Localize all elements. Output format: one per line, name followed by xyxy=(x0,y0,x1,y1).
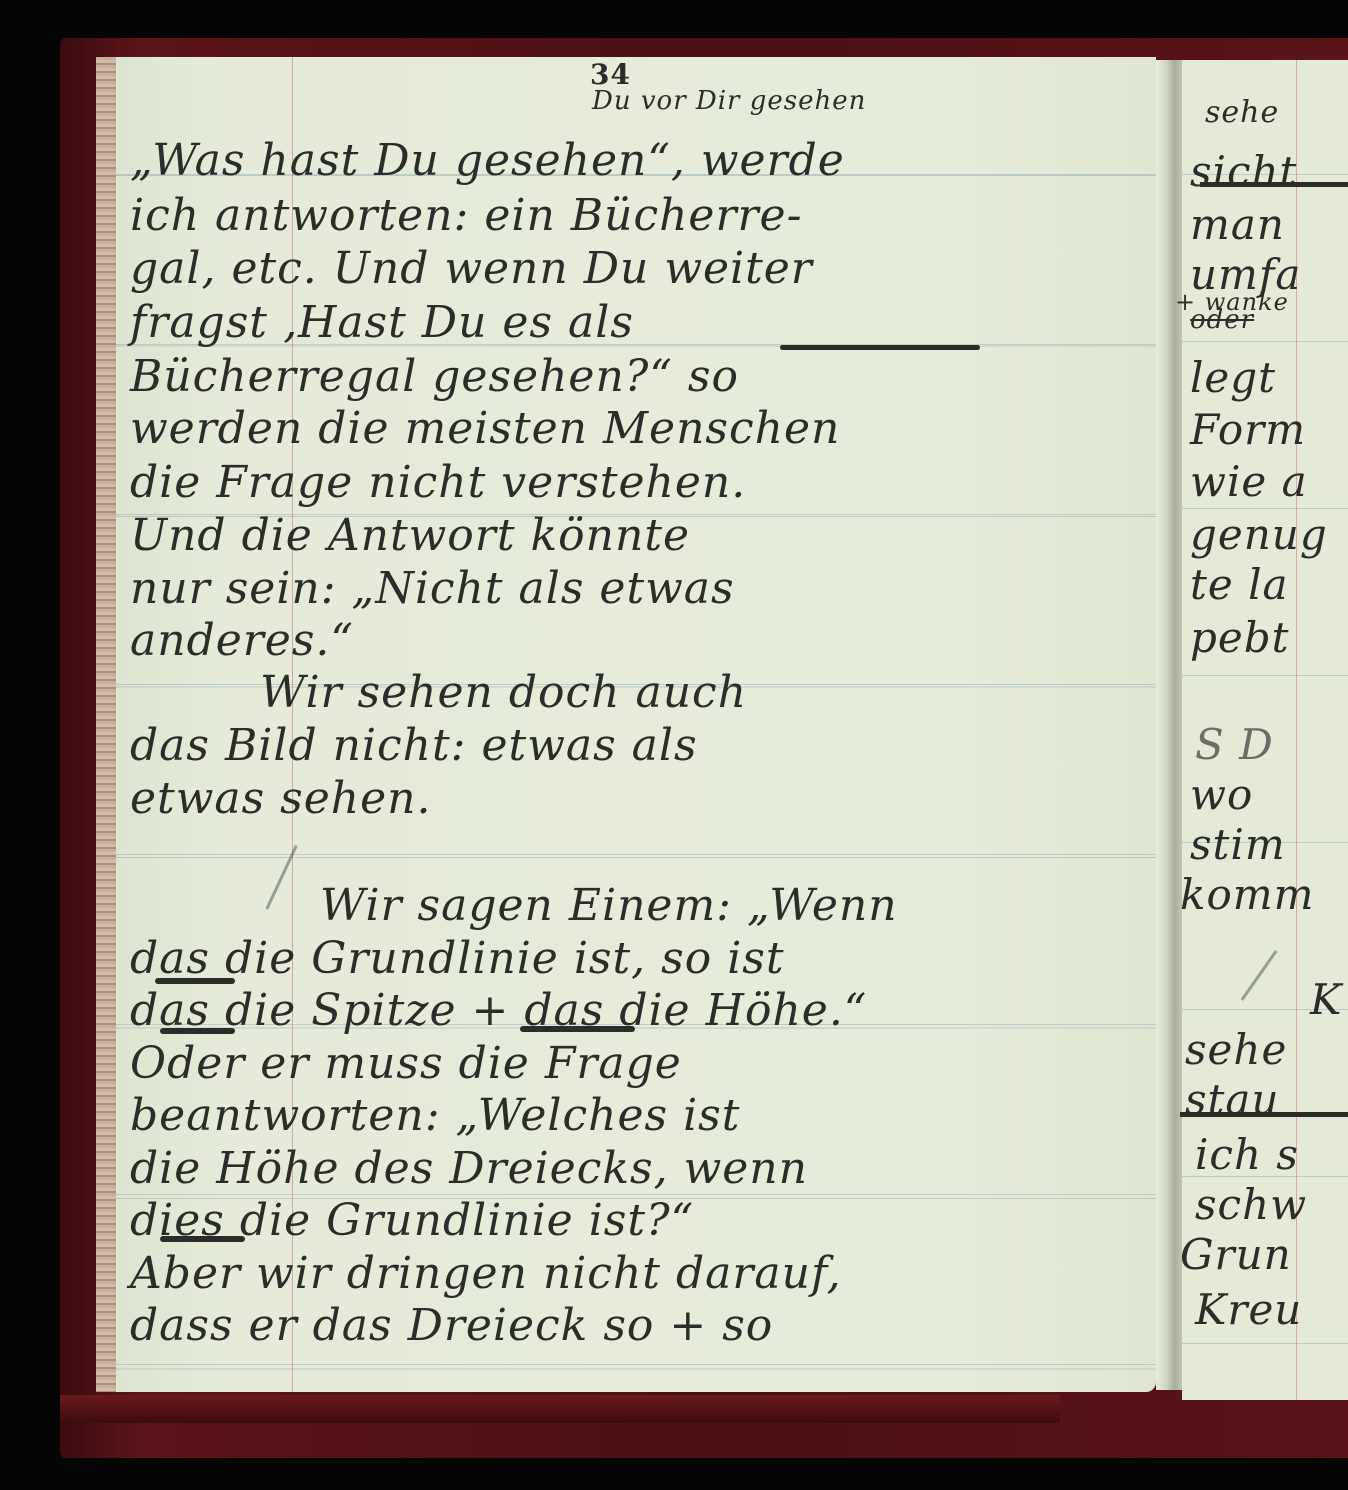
text-fragment: komm xyxy=(1180,870,1314,919)
text-line: Bücherregal gesehen?“ so xyxy=(130,351,739,402)
cover-bottom-edge xyxy=(60,1395,1060,1423)
page-stack-edge xyxy=(96,57,118,1392)
text-line: fragst ‚Hast Du es als xyxy=(130,297,634,348)
text-line: werden die meisten Menschen xyxy=(130,403,840,454)
underline-mark xyxy=(1180,1112,1348,1117)
underline-mark xyxy=(160,1028,235,1034)
text-fragment: man xyxy=(1190,200,1285,249)
underline-mark xyxy=(160,1236,245,1242)
text-fragment: genug xyxy=(1190,510,1328,559)
text-fragment: ich s xyxy=(1195,1130,1299,1179)
text-fragment: S D xyxy=(1195,720,1274,769)
text-fragment: Kreu xyxy=(1195,1285,1302,1334)
text-fragment: stim xyxy=(1190,820,1286,869)
text-fragment: wie a xyxy=(1190,457,1308,506)
text-line: nur sein: „Nicht als etwas xyxy=(130,563,735,614)
text-line: das Bild nicht: etwas als xyxy=(130,720,698,771)
text-fragment: schw xyxy=(1195,1180,1307,1229)
text-fragment: pebt xyxy=(1190,613,1290,662)
struck-text-fragment: oder xyxy=(1190,305,1254,335)
book-gutter xyxy=(1156,60,1182,1390)
underline-mark xyxy=(155,978,235,984)
underline-mark xyxy=(520,1026,635,1032)
text-fragment: te la xyxy=(1190,560,1289,609)
text-line: das die Spitze + das die Höhe.“ xyxy=(130,985,867,1036)
text-fragment: Form xyxy=(1190,405,1306,454)
text-line: das die Grundlinie ist, so ist xyxy=(130,933,785,984)
text-line: anderes.“ xyxy=(130,615,354,666)
text-fragment: sehe xyxy=(1205,95,1279,130)
text-line: Und die Antwort könnte xyxy=(130,510,690,561)
text-line: etwas sehen. xyxy=(130,773,432,824)
text-line: die Höhe des Dreiecks, wenn xyxy=(130,1143,808,1194)
text-line: Wir sehen doch auch xyxy=(260,667,747,718)
text-line: die Frage nicht verstehen. xyxy=(130,457,746,508)
text-line: Aber wir dringen nicht darauf, xyxy=(130,1248,842,1299)
text-line: Oder er muss die Frage xyxy=(130,1038,682,1089)
text-fragment: Grun xyxy=(1180,1230,1292,1279)
text-fragment: sehe xyxy=(1185,1025,1287,1074)
text-fragment: K xyxy=(1310,975,1342,1024)
text-fragment: legt xyxy=(1190,353,1276,402)
text-line: dass er das Dreieck so + so xyxy=(130,1300,773,1351)
header-annotation: Du vor Dir gesehen xyxy=(592,86,866,116)
underline-mark xyxy=(780,345,980,350)
text-line: Wir sagen Einem: „Wenn xyxy=(320,880,898,931)
text-fragment: sicht xyxy=(1190,147,1297,196)
text-line: ich antworten: ein Bücherre- xyxy=(130,190,802,241)
underline-mark xyxy=(1200,182,1348,187)
text-line: beantworten: „Welches ist xyxy=(130,1090,740,1141)
text-line: gal, etc. Und wenn Du weiter xyxy=(130,243,813,294)
text-fragment: wo xyxy=(1190,770,1253,819)
text-line: „Was hast Du gesehen“, werde xyxy=(130,135,845,186)
